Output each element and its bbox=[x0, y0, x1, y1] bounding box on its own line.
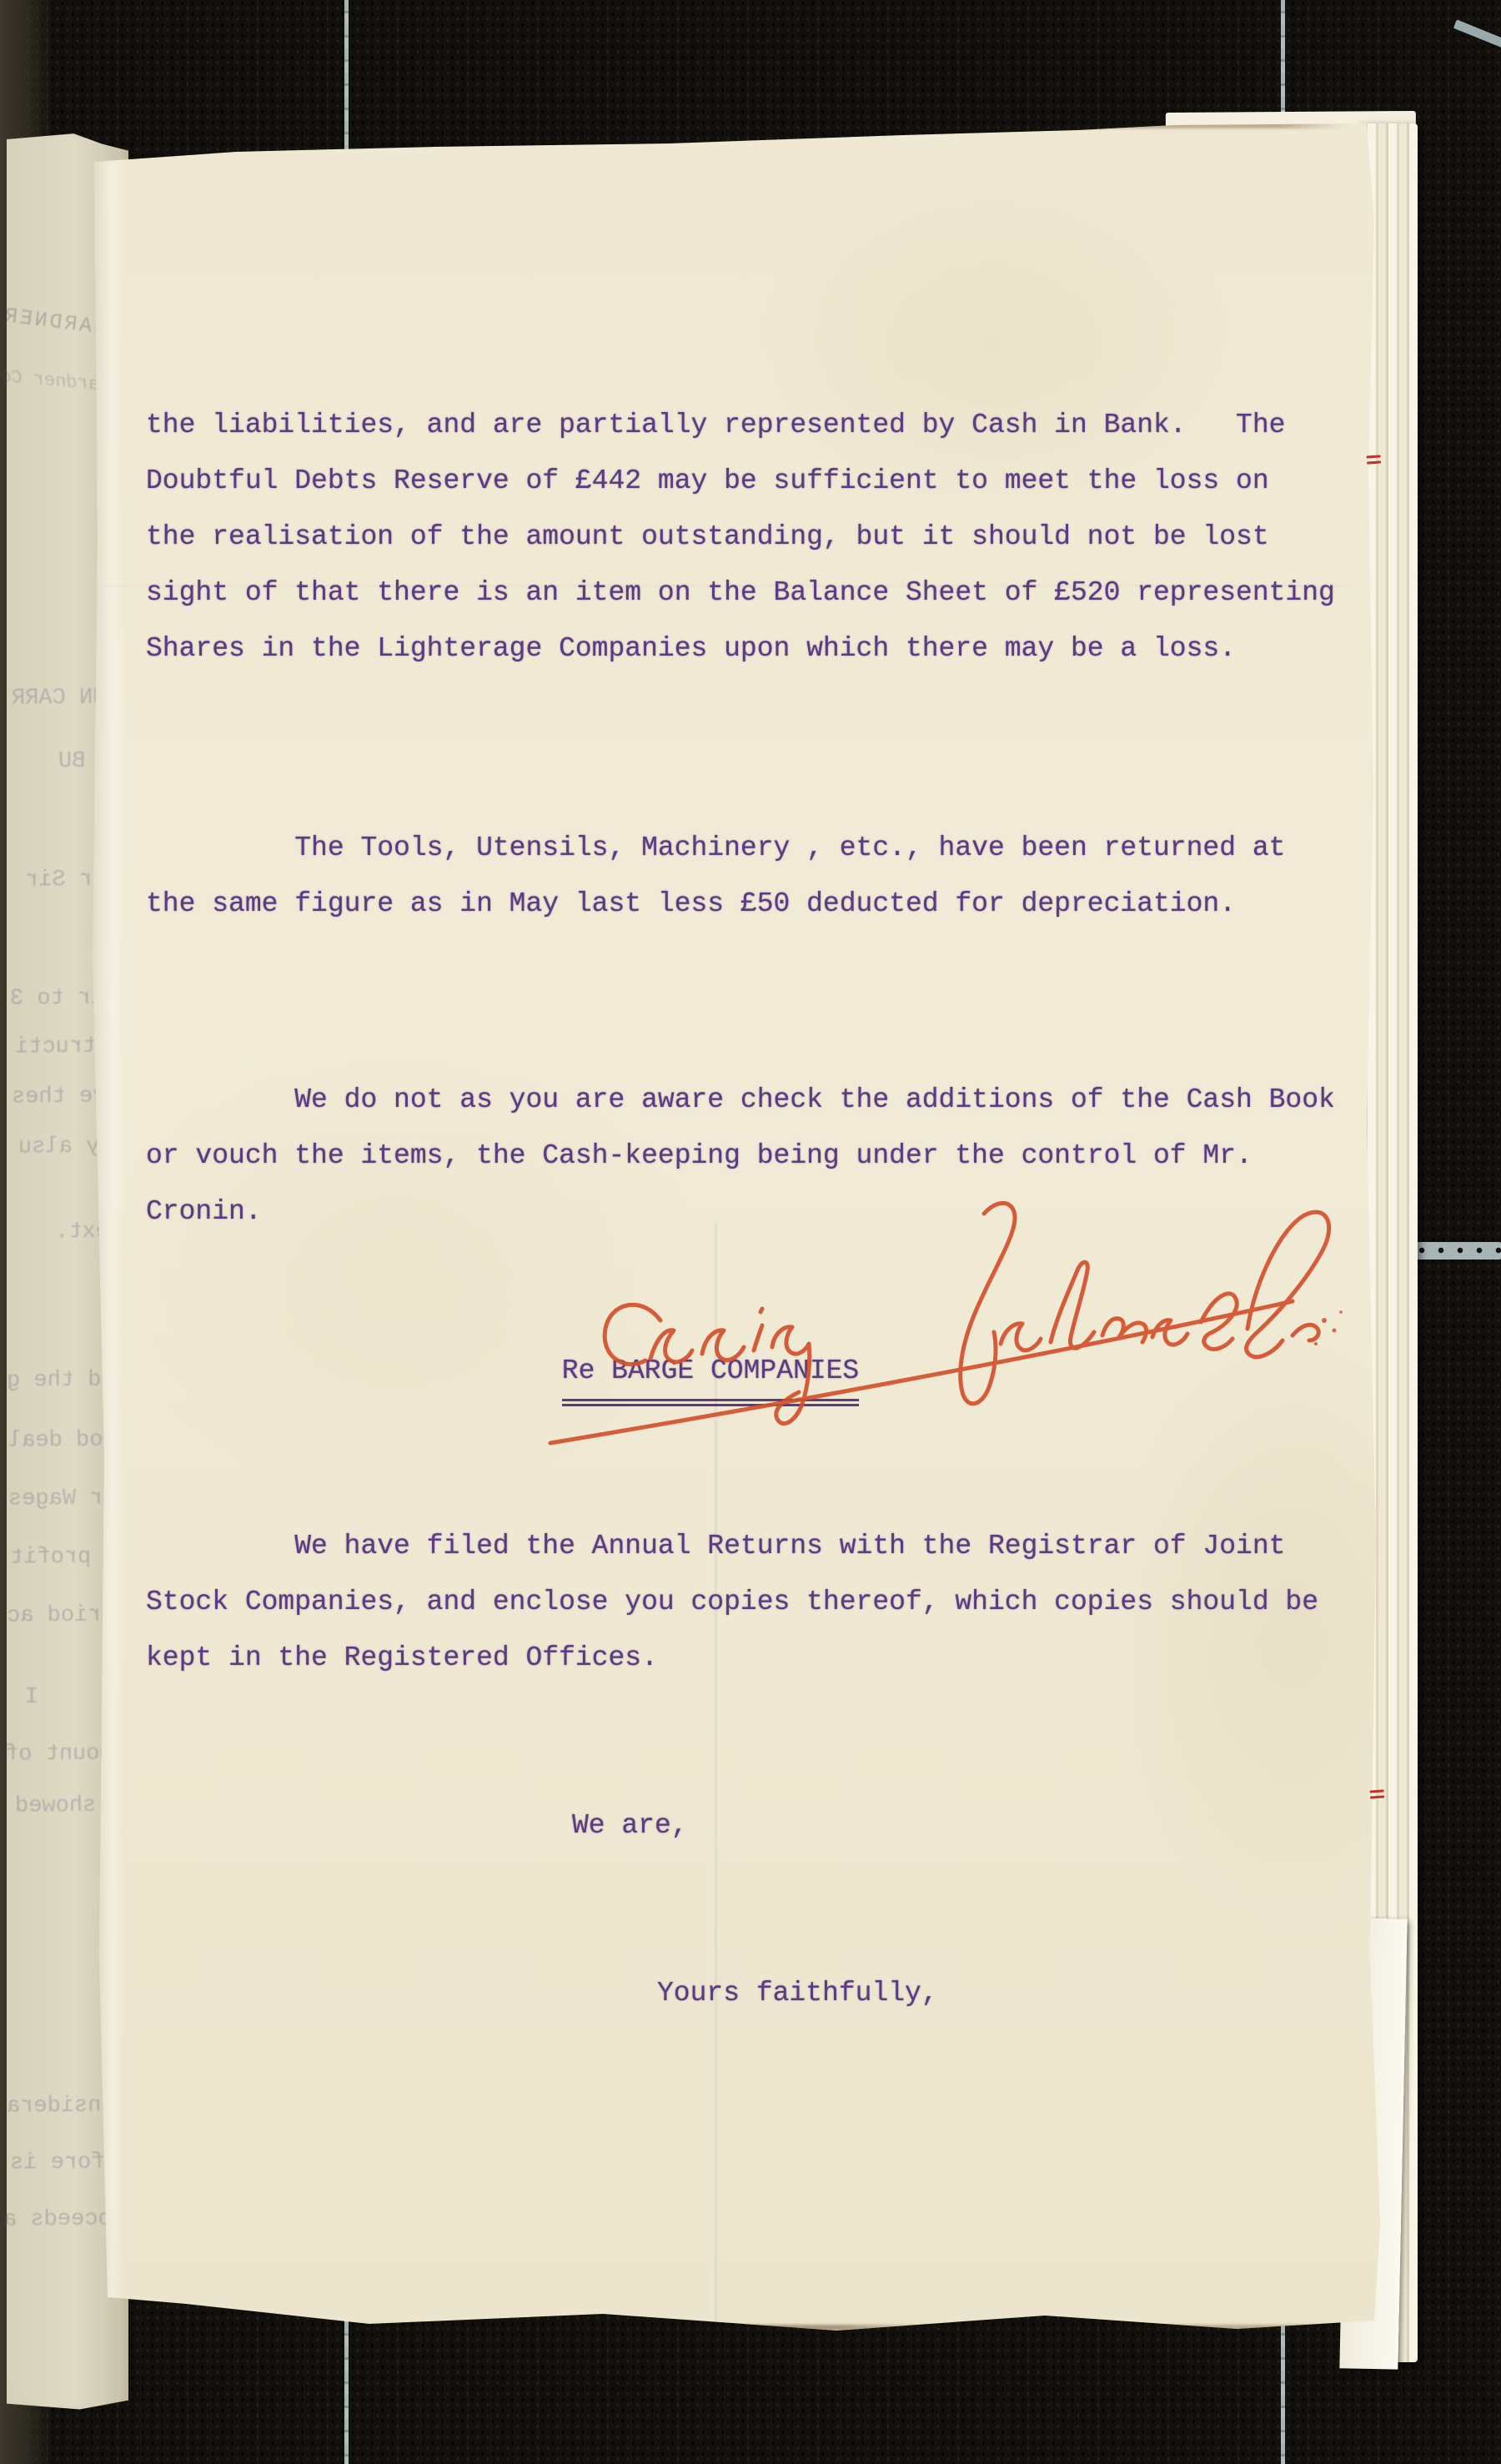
text-line: We do not as you are aware check the add… bbox=[146, 1072, 1355, 1128]
red-check-mark-lower bbox=[1370, 1789, 1385, 1801]
signature-craig-gardner: Craig Gardner & Co bbox=[517, 1197, 1351, 1456]
page-bottom-grime bbox=[86, 2325, 1384, 2331]
scanned-letter-page: CRAIG GARDNER Craig Gardner Co JOHN CARR… bbox=[0, 0, 1501, 2464]
text-line: Stock Companies, and enclose you copies … bbox=[146, 1574, 1355, 1630]
paragraph-tools: The Tools, Utensils, Machinery , etc., h… bbox=[146, 820, 1355, 932]
text-line: the liabilities, and are partially repre… bbox=[146, 397, 1355, 453]
text-line: sight of that there is an item on the Ba… bbox=[146, 565, 1355, 621]
text-line: the same figure as in May last less £50 … bbox=[146, 876, 1355, 932]
text-line: The Tools, Utensils, Machinery , etc., h… bbox=[146, 820, 1355, 876]
paragraph-annual-returns: We have filed the Annual Returns with th… bbox=[146, 1518, 1355, 1686]
signature-ink-strokes bbox=[517, 1197, 1351, 1456]
text-line: Shares in the Lighterage Companies upon … bbox=[146, 621, 1355, 676]
text-line: the realisation of the amount outstandin… bbox=[146, 509, 1355, 565]
text-line: or vouch the items, the Cash-keeping bei… bbox=[146, 1128, 1355, 1184]
ghost-text: BU bbox=[58, 749, 86, 774]
closing-yours-faithfully: Yours faithfully, bbox=[657, 1965, 1355, 2021]
text-line: We have filed the Annual Returns with th… bbox=[146, 1518, 1355, 1574]
closing-we-are: We are, bbox=[572, 1798, 1355, 1853]
paragraph-liabilities: the liabilities, and are partially repre… bbox=[146, 397, 1355, 676]
ghost-text: I bbox=[25, 1685, 38, 1710]
red-check-mark-upper bbox=[1367, 455, 1382, 466]
text-line: kept in the Registered Offices. bbox=[146, 1630, 1355, 1686]
cradle-strap-corner bbox=[1453, 19, 1501, 53]
text-line: Doubtful Debts Reserve of £442 may be su… bbox=[146, 453, 1355, 509]
